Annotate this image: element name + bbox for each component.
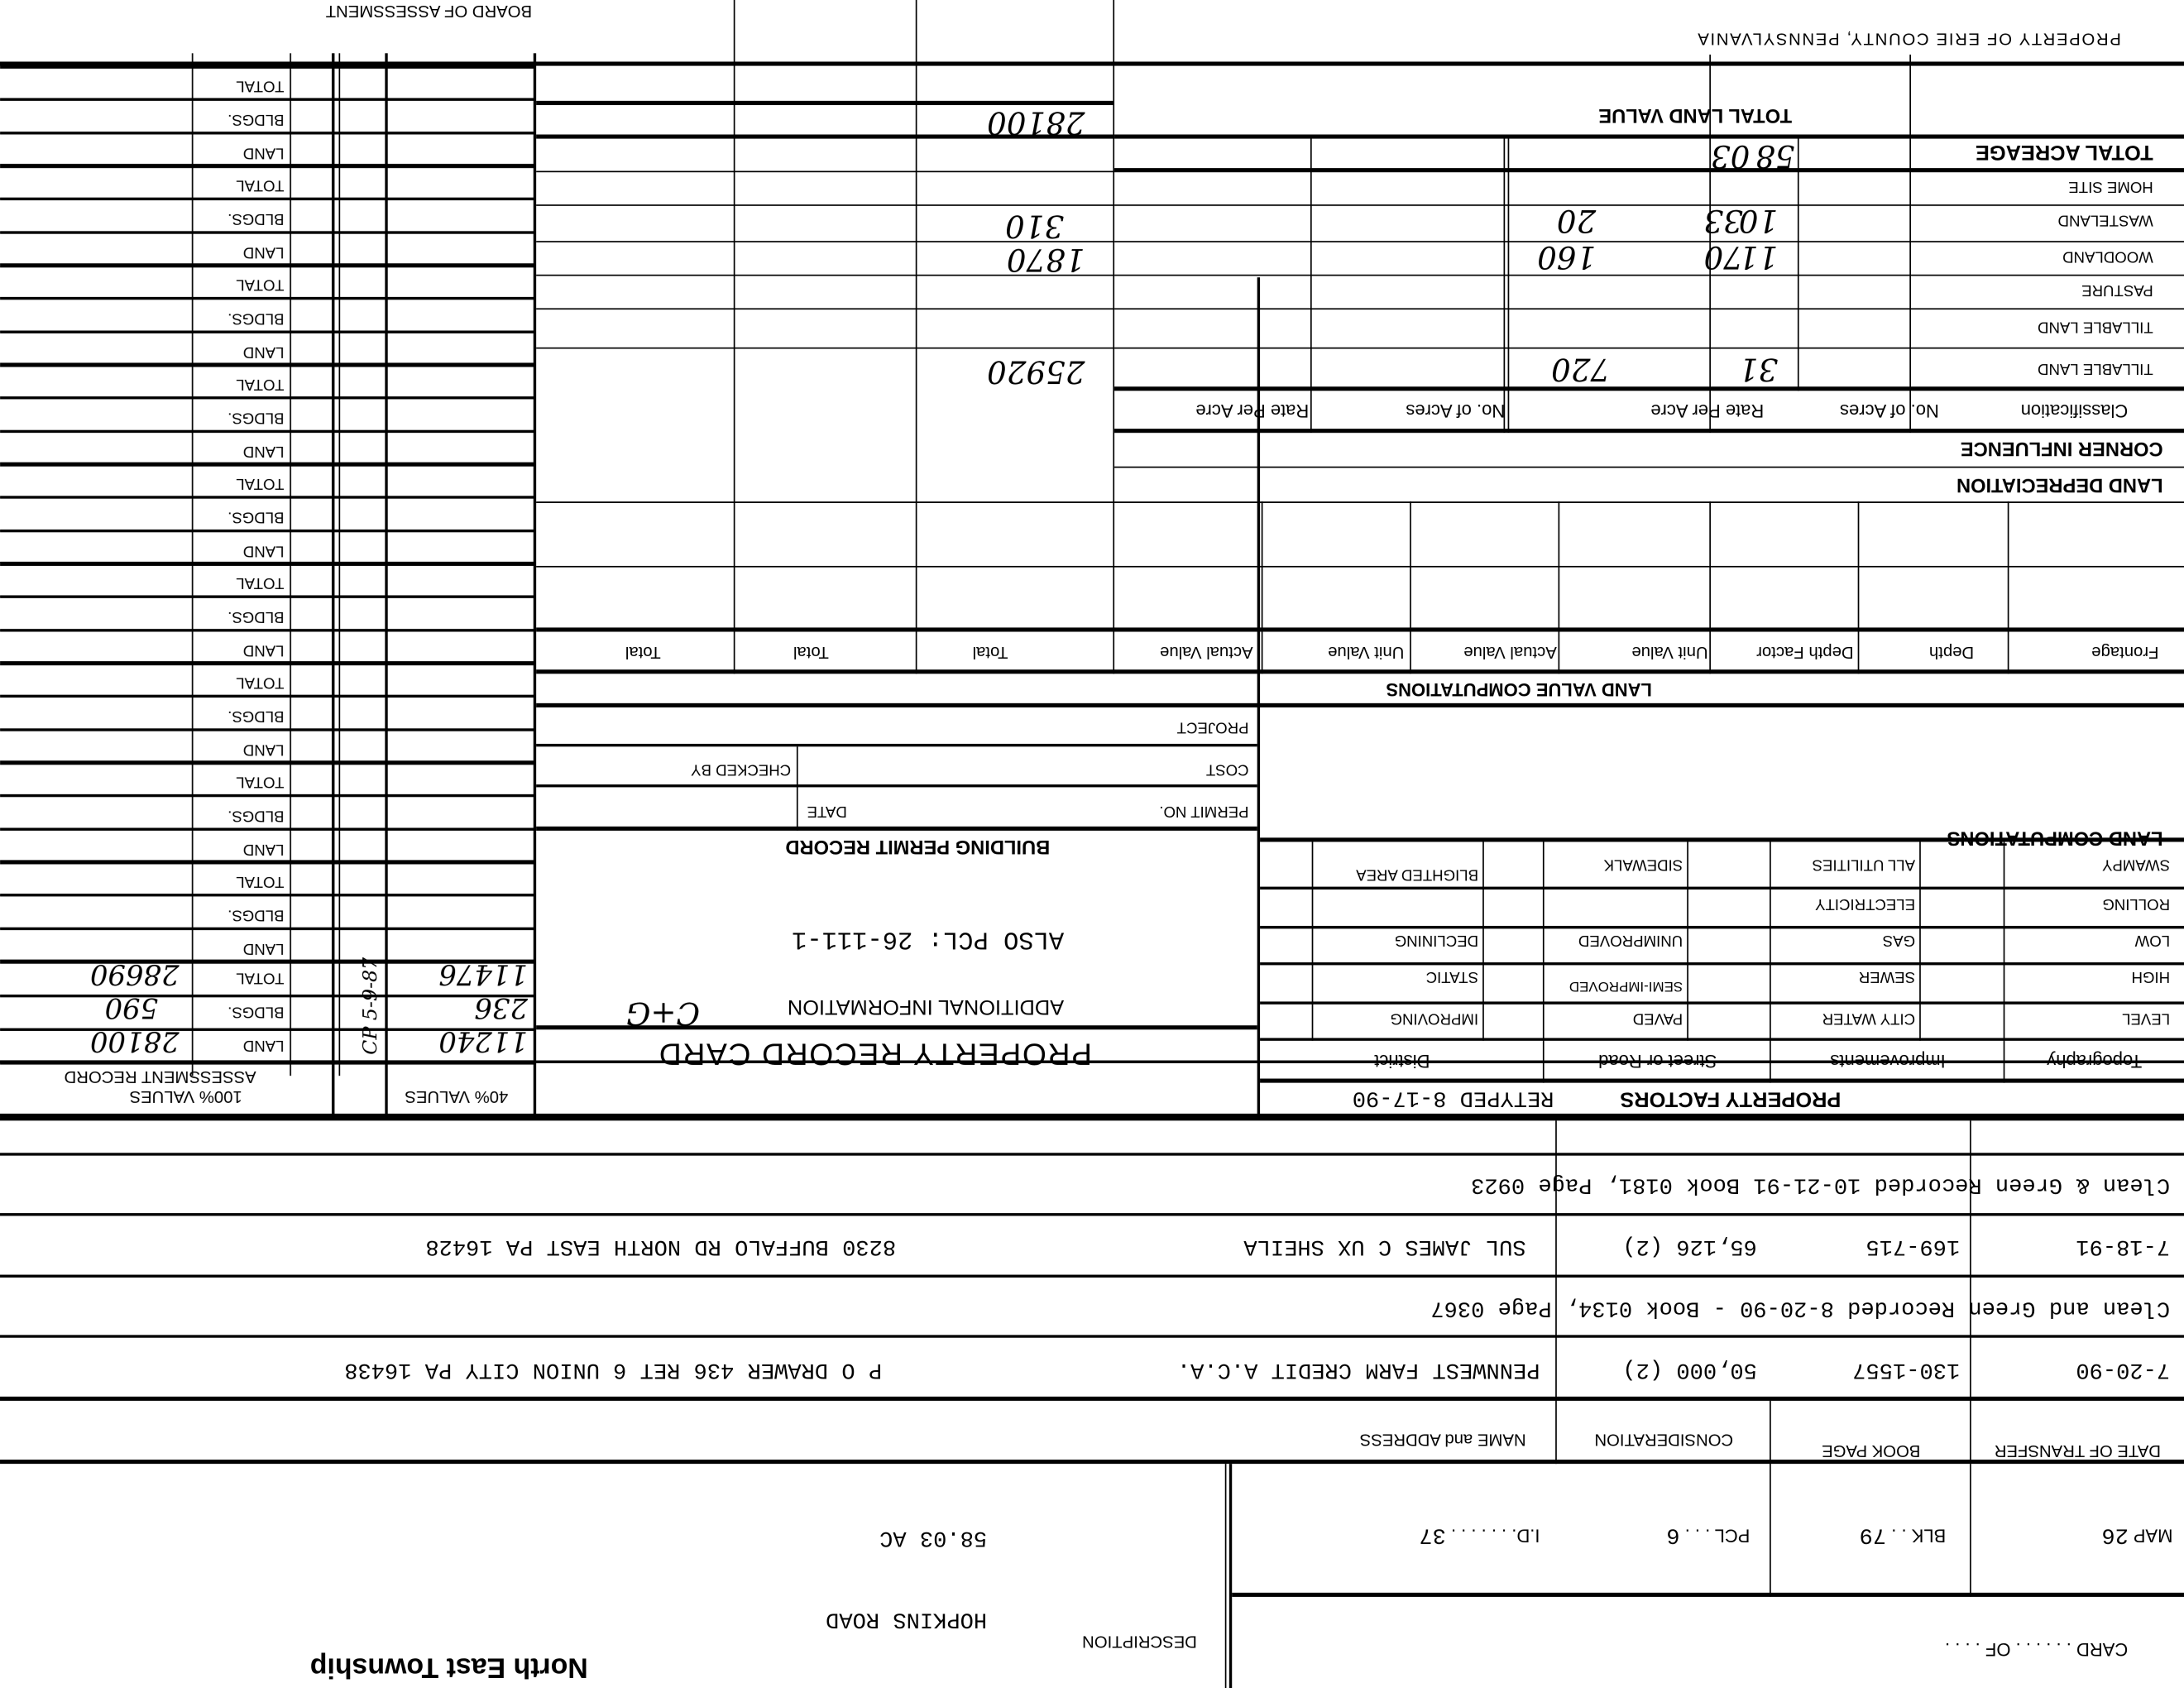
assessment-row-label: TOTAL [236, 176, 284, 193]
cost-label: COST [1206, 760, 1249, 777]
value-woodland: 1870 [1007, 241, 1085, 276]
map-field: MAP 26 [2102, 1523, 2173, 1547]
assessment-row-label: TOTAL [236, 574, 284, 591]
assessment-row-label: TOTAL [236, 276, 284, 293]
assessment-row-label: TOTAL [236, 873, 284, 890]
assessment-row-label: BLDGS. [227, 509, 284, 525]
assessment-row-label: BLDGS. [227, 309, 284, 326]
assessment-row-label: LAND [243, 741, 285, 758]
col100-label: 100% VALUES [130, 1087, 242, 1107]
land-computations-title: LAND COMPUTATIONS [1947, 828, 2163, 851]
transfer-header-book: BOOK PAGE [1771, 1441, 1971, 1460]
transfer-1-book: 130-1557 [1852, 1357, 1960, 1382]
class-row-6: HOME SITE [2068, 178, 2153, 194]
additional-info-label: ADDITIONAL INFORMATION [788, 995, 1064, 1019]
assessment-row-label: TOTAL [236, 773, 284, 789]
assessment-row-label: TOTAL [236, 674, 284, 690]
transfer-2-date: 7-18-91 [2076, 1234, 2170, 1259]
frontage-table: Frontage Depth Depth Factor Unit Value A… [536, 506, 2184, 674]
land-value-computations-title: LAND VALUE COMPUTATIONS [1386, 679, 1651, 700]
class-row-3: PASTURE [2081, 281, 2153, 298]
assessment-row-label: BLDGS. [227, 807, 284, 823]
transfer-1-date: 7-20-90 [2076, 1357, 2170, 1382]
transfer-2-address: 8230 BUFFALO RD NORTH EAST PA 16428 [425, 1234, 896, 1259]
township-label: North East Township [310, 1650, 588, 1682]
value-total-land: 28100 [987, 103, 1085, 138]
assessment-record: 40% VALUES 100% VALUES ASSESSMENT RECORD… [0, 65, 536, 1118]
transfer-header-date: DATE OF TRANSFER [1971, 1441, 2184, 1460]
transfer-header-name: NAME and ADDRESS [1360, 1430, 1526, 1450]
assessment-row-label: BLDGS. [227, 608, 284, 625]
assessment-row-label: LAND [243, 443, 285, 459]
checked-by-label: CHECKED BY [691, 760, 791, 777]
transfer-note-1: Clean and Green Recorded 8-20-90 - Book … [1430, 1296, 2170, 1321]
class-row-5: WASTELAND [2058, 212, 2153, 228]
description-line-1: HOPKINS ROAD [826, 1607, 987, 1632]
id-field: I.D. . . . . . . 37 [1419, 1523, 1540, 1547]
board-label: BOARD OF ASSESSMENT [326, 2, 532, 22]
transfer-1-consideration: 50,000 (2) [1622, 1357, 1756, 1382]
additional-info-text: ALSO PCL: 26-111-1 [792, 924, 1064, 952]
total-acreage-value: 58 [1755, 137, 1794, 172]
transfer-2-name: SUL JAMES C UX SHEILA [1243, 1234, 1525, 1259]
class-row-2: TILLABLE LAND [2038, 318, 2153, 334]
description-label: DESCRIPTION [1082, 1632, 1197, 1652]
assessment-row-label: LAND [243, 841, 285, 857]
transfer-header-consideration: CONSIDERATION [1557, 1430, 1771, 1450]
assessment-title: ASSESSMENT RECORD [65, 1067, 256, 1087]
property-record-card: North East Township PROPERTY OF ERIE COU… [0, 0, 2184, 1688]
county-label: PROPERTY OF ERIE COUNTY, PENNSYLVANIA [1697, 30, 2121, 50]
assessment-row-label: BLDGS. [227, 210, 284, 227]
transfer-2-book: 169-715 [1865, 1234, 1960, 1259]
value-wasteland: 310 [1005, 208, 1064, 242]
permit-date-label: DATE [807, 803, 847, 819]
card-label: CARD . . . . . . OF . . . . [1945, 1639, 2128, 1660]
assessment-row-label: TOTAL [236, 475, 284, 492]
assessment-row-label: LAND [243, 940, 285, 957]
transfer-1-address: P O DRAWER 436 RET 6 UNION CITY PA 16438 [344, 1357, 882, 1382]
classification-table: Classification No. of Acres Rate Per Acr… [1114, 125, 2184, 433]
corner-influence-label: CORNER INFLUENCE [1961, 439, 2163, 461]
transfer-note-2: Clean & Green Recorded 10-21-91 Book 018… [1471, 1172, 2170, 1197]
assessment-row-label: LAND [243, 144, 285, 161]
assessment-row-label: TOTAL [236, 77, 284, 94]
land-depreciation-label: LAND DEPRECIATION [1956, 475, 2163, 497]
pcl-field: PCL . . . 6 [1666, 1523, 1750, 1547]
total-acreage-decimal: 03 [1711, 137, 1750, 172]
assessment-row-label: LAND [243, 542, 285, 559]
assessment-row-label: BLDGS. [227, 409, 284, 425]
blk-field: BLK . . 79 [1860, 1523, 1947, 1547]
value-tillable: 25920 [987, 353, 1085, 388]
assessment-row-label: LAND [243, 641, 285, 658]
transfer-1-name: PENNWEST FARM CREDIT A.C.A. [1177, 1357, 1540, 1382]
assessment-row-label: BLDGS. [227, 906, 284, 923]
property-factors-title: PROPERTY FACTORS [1620, 1087, 1841, 1111]
assessment-row-label: BLDGS. [227, 111, 284, 127]
assessment-row-label: BLDGS. [227, 707, 284, 724]
transfer-2-consideration: 65,126 (2) [1622, 1234, 1756, 1259]
assessment-note: CP 5-9-87 [360, 957, 382, 1055]
class-row-1: TILLABLE LAND [2038, 360, 2153, 376]
col40-label: 40% VALUES [405, 1087, 508, 1107]
assessment-row-label: LAND [243, 343, 285, 360]
total-acreage-label: TOTAL ACREAGE [1976, 140, 2153, 164]
record-card-title: PROPERTY RECORD CARD [658, 1035, 1092, 1072]
permit-no-label: PERMIT NO. [1159, 803, 1248, 819]
class-row-4: WOODLAND [2062, 248, 2153, 265]
retyped-note: RETYPED 8-17-90 [1353, 1086, 1554, 1110]
property-factors-grid: Topography Improvements Street or Road D… [1260, 845, 2184, 1083]
total-land-value-label: TOTAL LAND VALUE [1598, 105, 1792, 127]
additional-info-mark: C+G [626, 995, 700, 1029]
description-line-2: 58.03 AC [879, 1526, 987, 1551]
assessment-row-label: LAND [243, 244, 285, 261]
project-label: PROJECT [1177, 718, 1249, 735]
assessment-row-label: TOTAL [236, 376, 284, 392]
building-permit-title: BUILDING PERMIT RECORD [785, 837, 1050, 859]
